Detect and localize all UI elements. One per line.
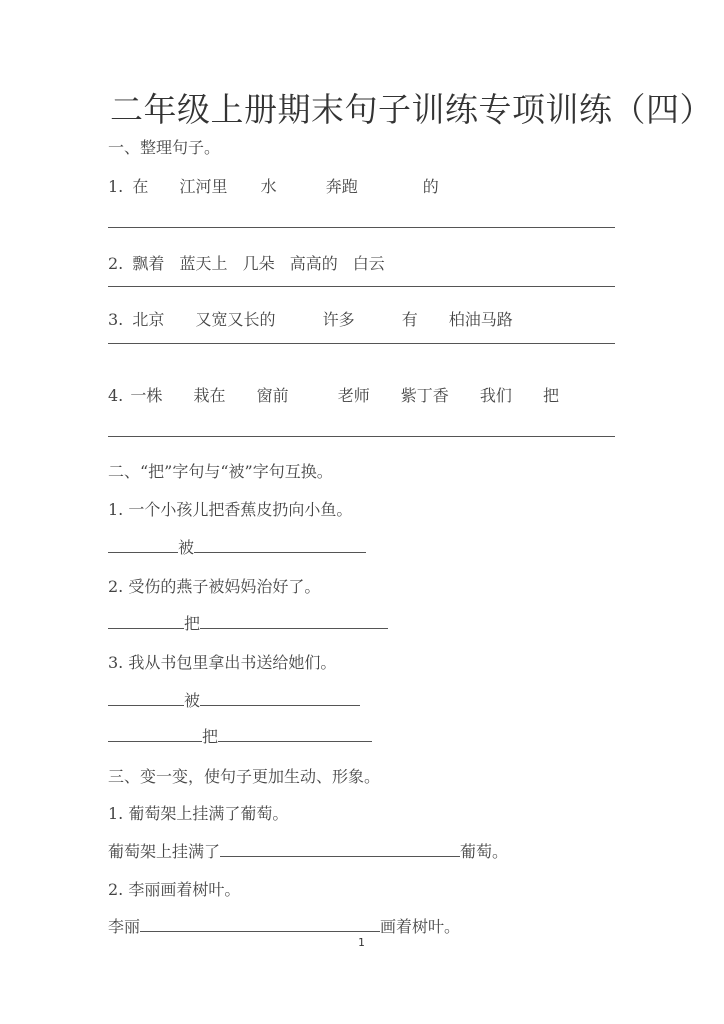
keyword: 被 [178,538,194,557]
suffix-text: 葡萄。 [460,842,508,861]
reorder-item-1: 1. 在 江河里 水 奔跑 的 [108,174,439,197]
item-number: 3. [108,310,123,329]
expand-answer-3-2: 李丽画着树叶。 [108,914,460,937]
blank-field[interactable] [200,691,360,706]
word-chip: 一株 [130,383,162,406]
word-chip: 高高的 [290,251,338,274]
section-3-heading: 三、变一变，使句子更加生动、形象。 [108,764,380,787]
conversion-answer-2-3b: 把 [108,724,372,747]
expand-answer-3-1: 葡萄架上挂满了葡萄。 [108,839,508,862]
item-number: 2. [108,254,123,273]
sentence-2-2: 2. 受伤的燕子被妈妈治好了。 [108,574,320,597]
page-number: 1 [358,936,365,949]
word-chip: 窗前 [257,383,289,406]
word-chip: 水 [261,174,277,197]
word-chip: 把 [543,383,559,406]
word-chip: 几朵 [243,251,275,274]
conversion-answer-2-2: 把 [108,611,388,634]
blank-field[interactable] [108,614,184,629]
word-chip: 在 [132,174,148,197]
word-chip: 栽在 [193,383,225,406]
reorder-item-2: 2. 飘着 蓝天上 几朵 高高的 白云 [108,251,385,274]
answer-line[interactable] [108,436,615,437]
keyword: 被 [184,691,200,710]
reorder-item-3: 3. 北京 又宽又长的 许多 有 柏油马路 [108,307,513,330]
word-chip: 柏油马路 [449,307,513,330]
answer-line[interactable] [108,286,615,287]
section-1-heading: 一、整理句子。 [108,135,220,158]
word-chip: 江河里 [179,174,227,197]
sentence-3-2: 2. 李丽画着树叶。 [108,877,240,900]
blank-field[interactable] [108,691,184,706]
reorder-item-4: 4. 一株 栽在 窗前 老师 紫丁香 我们 把 [108,383,559,406]
word-chip: 又宽又长的 [195,307,275,330]
blank-field[interactable] [108,727,202,742]
sentence-2-3: 3. 我从书包里拿出书送给她们。 [108,650,336,673]
word-chip: 北京 [132,307,164,330]
word-chip: 奔跑 [326,174,358,197]
blank-field[interactable] [220,842,460,857]
item-number: 1. [108,177,123,196]
section-2-heading: 二、“把”字句与“被”字句互换。 [108,459,333,482]
blank-field[interactable] [218,727,372,742]
word-chip: 老师 [338,383,370,406]
item-number: 4. [108,386,123,405]
sentence-3-1: 1. 葡萄架上挂满了葡萄。 [108,801,288,824]
word-chip: 蓝天上 [179,251,227,274]
answer-line[interactable] [108,227,615,228]
word-chip: 紫丁香 [401,383,449,406]
answer-line[interactable] [108,343,615,344]
page-title: 二年级上册期末句子训练专项训练（四） [110,84,713,131]
keyword: 把 [202,727,218,746]
sentence-2-1: 1. 一个小孩儿把香蕉皮扔向小鱼。 [108,497,352,520]
blank-field[interactable] [194,538,366,553]
conversion-answer-2-1: 被 [108,535,366,558]
blank-field[interactable] [140,917,380,932]
prefix-text: 葡萄架上挂满了 [108,842,220,861]
word-chip: 许多 [323,307,355,330]
word-chip: 白云 [353,251,385,274]
blank-field[interactable] [200,614,388,629]
word-chip: 有 [402,307,418,330]
word-chip: 飘着 [132,251,164,274]
conversion-answer-2-3a: 被 [108,688,360,711]
word-chip: 我们 [480,383,512,406]
keyword: 把 [184,614,200,633]
blank-field[interactable] [108,538,178,553]
prefix-text: 李丽 [108,917,140,936]
word-chip: 的 [423,174,439,197]
suffix-text: 画着树叶。 [380,917,460,936]
